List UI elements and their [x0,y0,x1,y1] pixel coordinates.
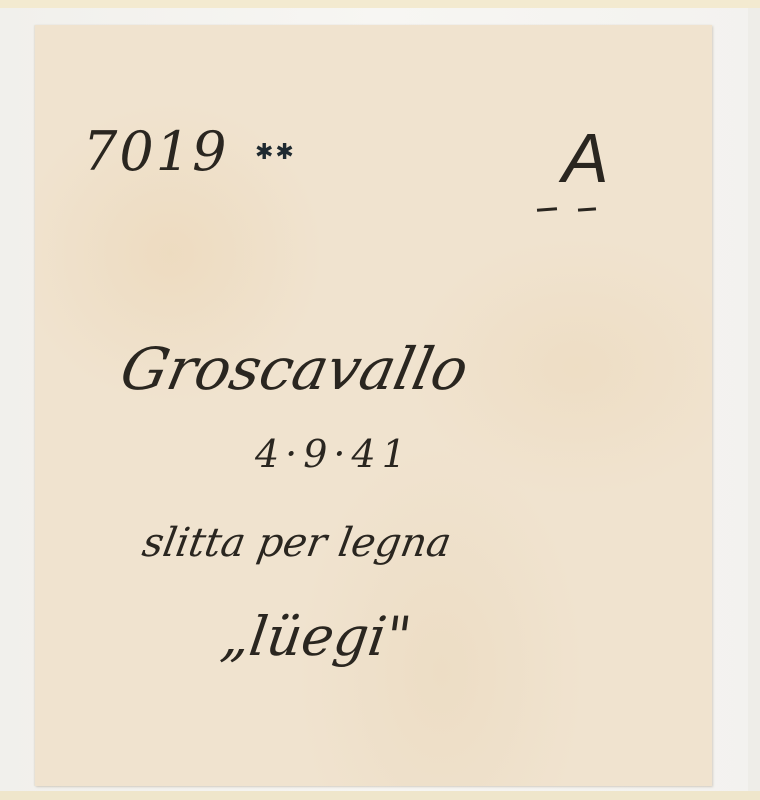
top-mount-strip [0,0,760,8]
dialect-term: „lüegi" [218,605,416,668]
series-letter: A [562,118,609,198]
mount-right-edge [748,8,760,791]
date: 4·9·41 [255,432,412,476]
catalog-number: 7019 [83,120,228,183]
bottom-mount-strip [0,791,760,800]
star-marks-icon: ✱✱ [255,140,296,165]
object-description: slitta per legna [139,520,455,566]
place-name: Groscavallo [115,335,475,403]
